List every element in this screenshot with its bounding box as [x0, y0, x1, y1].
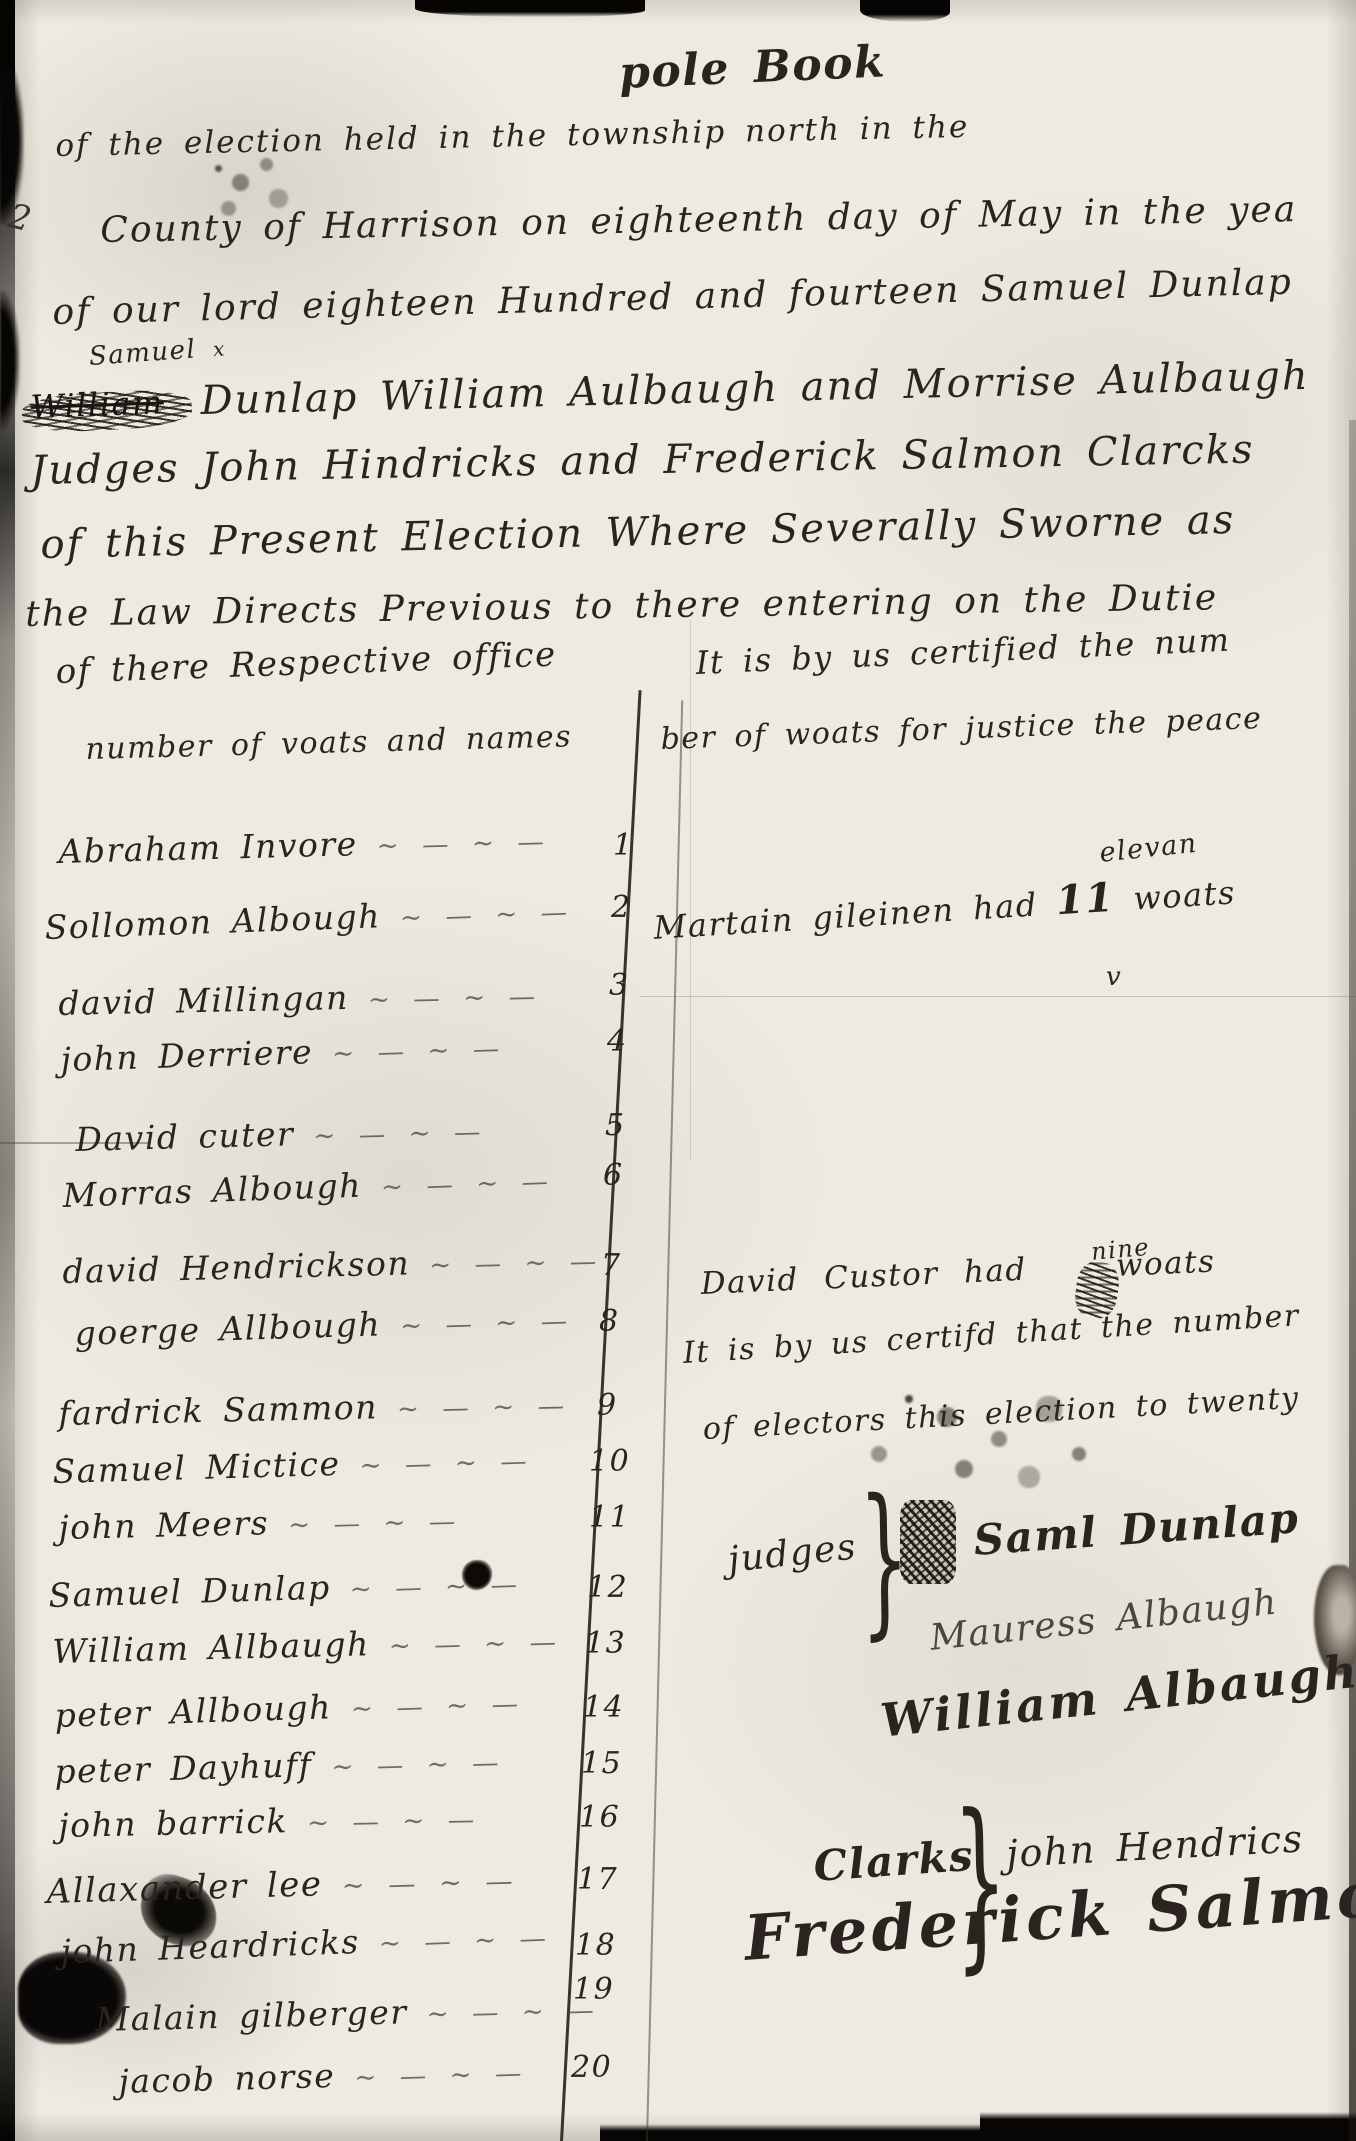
row-flourish: ~ — ~ — — [288, 1506, 460, 1541]
tally-number: 4 — [607, 1024, 628, 1059]
voter-name: goerge Allbough — [74, 1304, 382, 1353]
voter-name: William Allbaugh — [52, 1624, 370, 1671]
voter-name: Sollomon Albough — [44, 896, 382, 947]
certify-line-1: It is by us certifd that the number — [682, 1298, 1301, 1371]
signature-samuel-dunlap: Saml Dunlap — [972, 1493, 1301, 1565]
tally-number: 14 — [583, 1690, 624, 1725]
voter-row: fardrick Sammon ~ — ~ — — [58, 1383, 568, 1433]
intro-line-4: Dunlap William Aulbaugh and Morrise Aulb… — [200, 353, 1310, 424]
voter-row: john barrick ~ — ~ — — [58, 1797, 478, 1845]
voter-row: Sollomon Albough ~ — ~ — — [44, 890, 572, 947]
fold-crease — [640, 996, 1356, 997]
judges-label: judges — [726, 1526, 859, 1580]
voter-row: David cuter ~ — ~ — — [75, 1109, 485, 1159]
voter-row: david Millingan ~ — ~ — — [58, 974, 539, 1023]
tally-number: 10 — [589, 1444, 630, 1479]
voter-row: john Derriere ~ — ~ — — [60, 1026, 504, 1079]
row-flourish: ~ — ~ — — [388, 1627, 560, 1662]
left-column-header-2: number of voats and names — [85, 719, 573, 767]
clarks-label: Clarks — [812, 1831, 976, 1891]
note-value: 11 — [1055, 874, 1116, 924]
row-flourish: ~ — ~ — — [376, 826, 548, 861]
row-flourish: ~ — ~ — — [307, 1804, 479, 1839]
custor-votes-note: David Custor had woats — [700, 1244, 1216, 1302]
voter-row: Abraham Invore ~ — ~ — — [58, 819, 548, 871]
row-flourish: ~ — ~ — — [331, 1747, 503, 1782]
voter-name: jacob norse — [118, 2056, 336, 2101]
tally-number: 16 — [579, 1800, 620, 1835]
intro-line-6: of this Present Election Where Severally… — [40, 497, 1236, 568]
row-flourish: ~ — ~ — — [359, 1446, 531, 1482]
voter-row: Samuel Dunlap ~ — ~ — — [48, 1562, 521, 1615]
scanned-poll-book-page: pole Book 2 of the election held in the … — [0, 0, 1356, 2141]
right-column-header-2: ber of woats for justice the peace — [660, 701, 1263, 757]
row-flourish: ~ — ~ — — [399, 897, 571, 934]
voter-name: john Derriere — [60, 1032, 314, 1079]
row-flourish: ~ — ~ — — [397, 1390, 569, 1425]
tally-number: 2 — [611, 890, 632, 925]
voter-row: Allaxander lee ~ — ~ — — [46, 1859, 517, 1912]
row-flourish: ~ — ~ — — [380, 1166, 552, 1203]
voter-name: Morras Albough — [62, 1166, 363, 1215]
scan-edge-bottom — [980, 2112, 1356, 2141]
tally-number: 11 — [589, 1500, 630, 1535]
interlinear-insert: Samuel x — [88, 332, 227, 371]
right-column-header-1: It is by us certified the num — [695, 621, 1231, 682]
insert-word: Samuel — [88, 335, 197, 372]
tally-number: 8 — [599, 1304, 620, 1339]
tally-number: 12 — [587, 1570, 628, 1605]
left-column-header-1: of there Respective office — [55, 635, 557, 692]
voter-name: peter Dayhuff — [54, 1745, 313, 1791]
voter-row: david Hendrickson ~ — ~ — — [62, 1239, 601, 1291]
fold-crease — [690, 620, 691, 1160]
voter-row: goerge Allbough ~ — ~ — — [74, 1298, 572, 1353]
note-text: woats — [1132, 873, 1237, 917]
scan-edge-left-chunk — [0, 290, 20, 430]
eleven-insert: elevan — [1098, 828, 1199, 869]
voter-name: john Meers — [58, 1503, 269, 1547]
voter-name: David cuter — [75, 1114, 295, 1159]
voter-row: William Allbaugh ~ — ~ — — [52, 1620, 560, 1671]
tally-number: 1 — [613, 828, 634, 863]
tally-number: 15 — [581, 1746, 622, 1781]
voter-row: john Meers ~ — ~ — — [58, 1499, 460, 1547]
signature-maurice-albaugh: Mauress Albaugh — [928, 1581, 1280, 1658]
voter-name: Samuel Mictice — [52, 1444, 341, 1491]
signature-william-albaugh: William Albaugh — [878, 1644, 1356, 1748]
row-flourish: ~ — ~ — — [350, 1688, 522, 1724]
intro-line-5: Judges John Hindricks and Frederick Salm… — [30, 427, 1255, 494]
tally-number: 3 — [609, 968, 630, 1003]
voter-row: jacob norse ~ — ~ — — [118, 2051, 526, 2101]
page-title: pole Book — [618, 36, 887, 99]
scan-edge-top — [860, 0, 950, 22]
intro-line-1: of the election held in the township nor… — [55, 109, 970, 164]
eleven-votes-note: Martain gileinen had 11 woats — [652, 866, 1237, 949]
tally-number: 20 — [571, 2050, 612, 2085]
note-text: Martain gileinen had — [652, 886, 1038, 947]
voter-name: Malain gilberger — [95, 1992, 408, 2039]
voter-row: john Heardricks ~ — ~ — — [60, 1916, 550, 1971]
insertion-caret: v — [1106, 962, 1121, 992]
voter-name: fardrick Sammon — [58, 1387, 378, 1433]
intro-line-2: County of Harrison on eighteenth day of … — [100, 189, 1298, 251]
voter-row: Morras Albough ~ — ~ — — [62, 1159, 553, 1215]
tally-number: 9 — [597, 1388, 618, 1423]
voter-row: peter Allbough ~ — ~ — — [54, 1681, 522, 1735]
tally-number: 18 — [575, 1928, 616, 1963]
row-flourish: ~ — ~ — — [332, 1033, 504, 1069]
voter-name: david Hendrickson — [62, 1244, 411, 1291]
tally-number: 5 — [605, 1108, 626, 1143]
row-flourish: ~ — ~ — — [354, 2058, 526, 2094]
voter-row: peter Dayhuff ~ — ~ — — [54, 1740, 503, 1791]
voter-name: john barrick — [58, 1801, 288, 1845]
ink-speckles — [215, 165, 222, 172]
scan-edge-top — [415, 0, 645, 17]
intro-line-7: the Law Directs Previous to there enteri… — [25, 577, 1218, 635]
intro-line-3: of our lord eighteen Hundred and fourtee… — [52, 262, 1293, 333]
row-flourish: ~ — ~ — — [429, 1246, 601, 1281]
row-flourish: ~ — ~ — — [368, 981, 540, 1016]
row-flourish: ~ — ~ — — [341, 1866, 517, 1902]
note-text: woats — [1115, 1244, 1216, 1284]
row-flourish: ~ — ~ — — [400, 1305, 572, 1341]
row-flourish: ~ — ~ — — [349, 1569, 521, 1605]
tally-number: 17 — [577, 1862, 618, 1897]
voter-name: david Millingan — [58, 978, 349, 1023]
tally-number: 7 — [601, 1248, 622, 1283]
tally-number: 13 — [585, 1626, 626, 1661]
tally-number: 6 — [603, 1158, 624, 1193]
crosshatch-blot — [900, 1500, 956, 1584]
voter-name: Samuel Dunlap — [48, 1568, 331, 1615]
voter-name: Abraham Invore — [58, 824, 358, 871]
row-flourish: ~ — ~ — — [378, 1923, 550, 1960]
insert-caret: x — [212, 336, 226, 361]
voter-name: john Heardricks — [60, 1922, 360, 1971]
row-flourish: ~ — ~ — — [313, 1116, 485, 1151]
certify-line-2: of electors this election to twenty — [702, 1381, 1300, 1447]
note-text: David Custor had — [700, 1252, 1027, 1302]
voter-row: Malain gilberger ~ — ~ — — [95, 1988, 598, 2039]
voter-name: Allaxander lee — [46, 1864, 323, 1912]
tally-number: 19 — [573, 1972, 614, 2007]
voter-name: peter Allbough — [54, 1687, 332, 1735]
voter-row: Samuel Mictice ~ — ~ — — [52, 1439, 531, 1491]
